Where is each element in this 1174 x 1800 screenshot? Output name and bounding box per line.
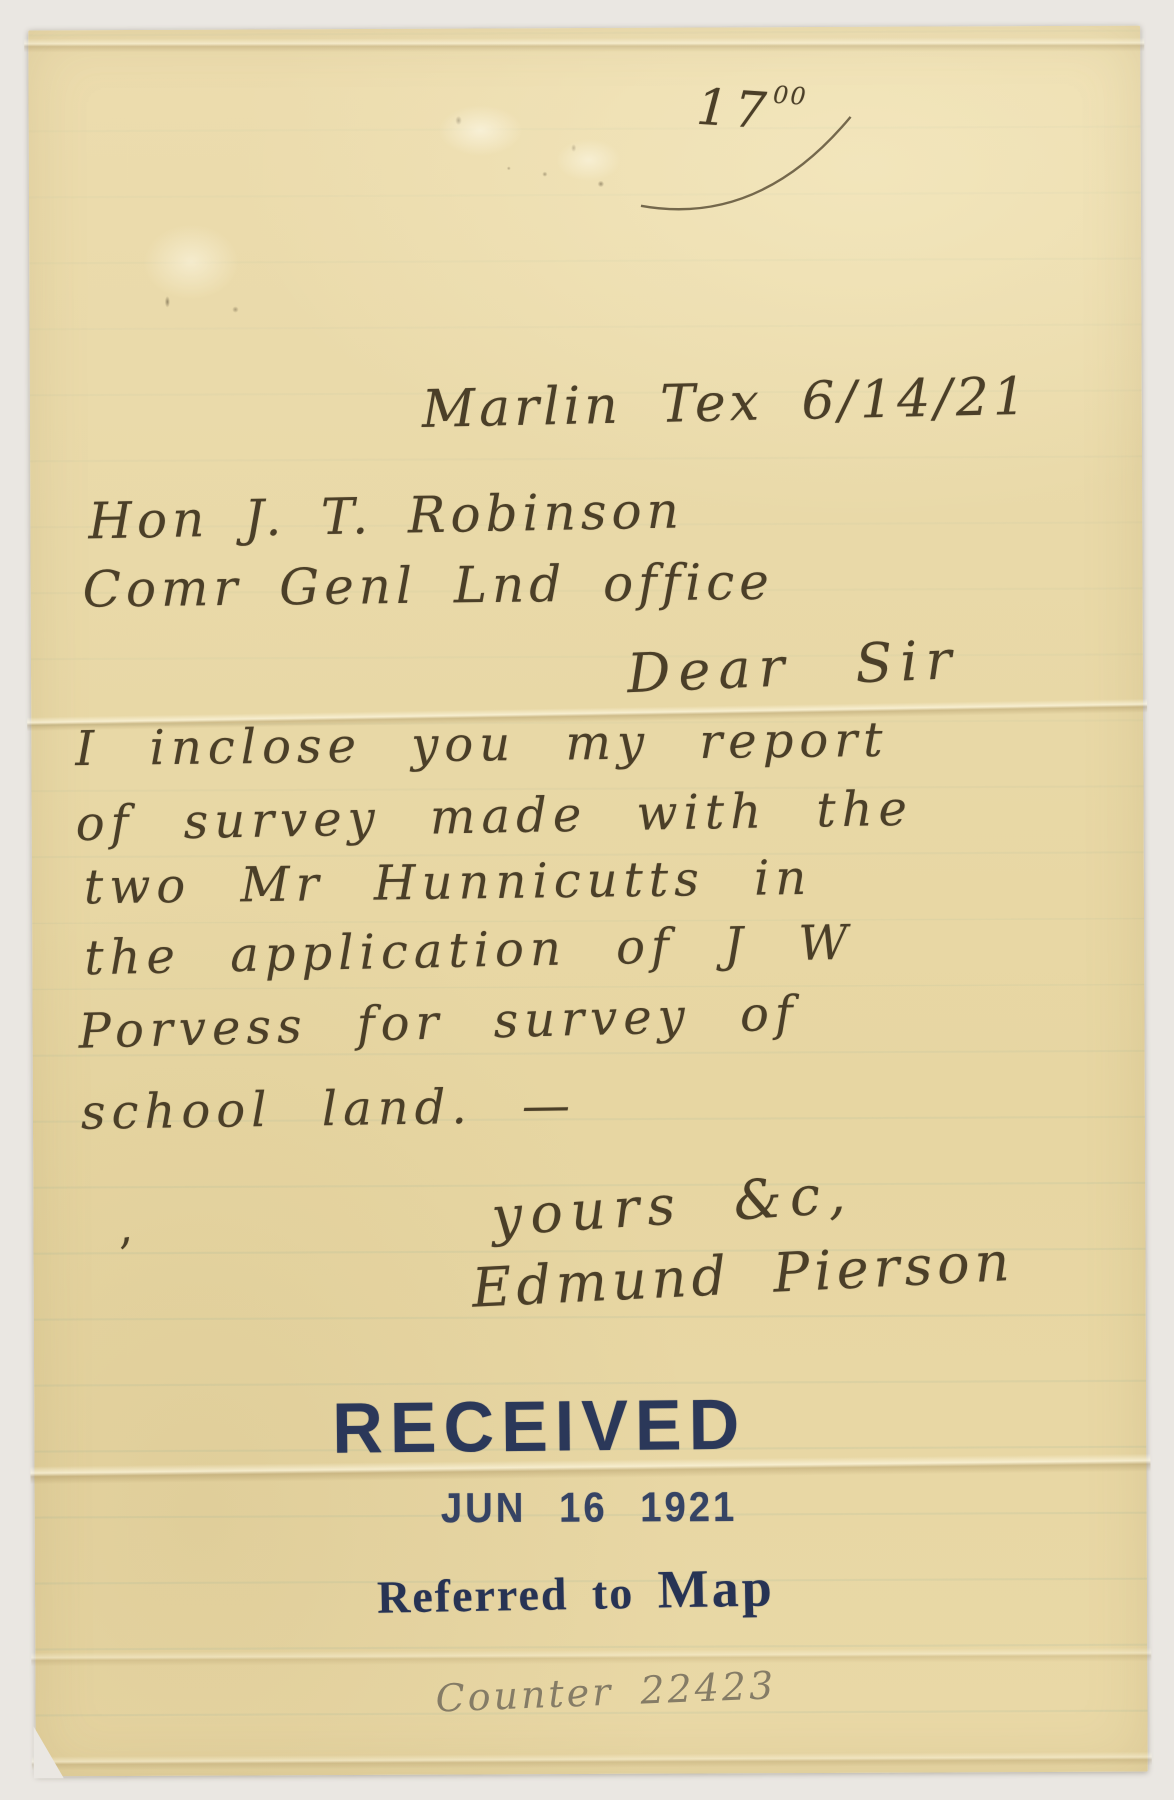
- body-line: two Mr Hunnicutts in: [84, 850, 813, 916]
- stray-ink-mark: ’: [116, 1227, 138, 1283]
- crease-middle: [30, 1454, 1150, 1485]
- received-stamp: RECEIVED: [332, 1383, 747, 1469]
- recipient-office-line: Comr Genl Lnd office: [82, 553, 774, 619]
- counter-note: Counter 22423: [435, 1663, 777, 1720]
- crease-top: [24, 38, 1144, 53]
- signature: Edmund Pierson: [470, 1230, 1015, 1320]
- crease-lower: [31, 1648, 1151, 1667]
- corner-cut: [34, 1726, 64, 1778]
- referred-stamp-word: Map: [657, 1557, 775, 1619]
- salutation: Dear Sir: [626, 628, 961, 705]
- stains-and-specks: [28, 26, 1148, 1777]
- amount-flourish: [588, 77, 889, 228]
- scan-backdrop: 1700 Marlin Tex 6/14/21 Hon J. T. Robins…: [0, 0, 1174, 1800]
- received-date-stamp: JUN 16 1921: [441, 1484, 738, 1533]
- referred-stamp-prefix: Referred to: [377, 1567, 659, 1623]
- ruled-lines: [28, 26, 1148, 1777]
- recipient-name-line: Hon J. T. Robinson: [88, 481, 684, 550]
- amount-superscript: 00: [772, 81, 808, 111]
- letter-paper: 1700 Marlin Tex 6/14/21 Hon J. T. Robins…: [28, 26, 1148, 1777]
- referred-to-map-stamp: Referred to Map: [376, 1556, 775, 1625]
- body-line: of survey made with the: [75, 781, 913, 852]
- body-line: school land. —: [81, 1077, 577, 1140]
- dateline: Marlin Tex 6/14/21: [421, 367, 1030, 440]
- body-line: the application of J W: [84, 915, 855, 986]
- body-line: I inclose you my report: [75, 712, 889, 777]
- penciled-amount: 1700: [695, 76, 809, 143]
- crease-upper: [27, 699, 1147, 732]
- amount-main: 17: [695, 78, 774, 141]
- crease-bottom: [32, 1752, 1152, 1771]
- closing: yours &c,: [490, 1162, 855, 1249]
- body-line: Porvess for survey of: [78, 986, 799, 1060]
